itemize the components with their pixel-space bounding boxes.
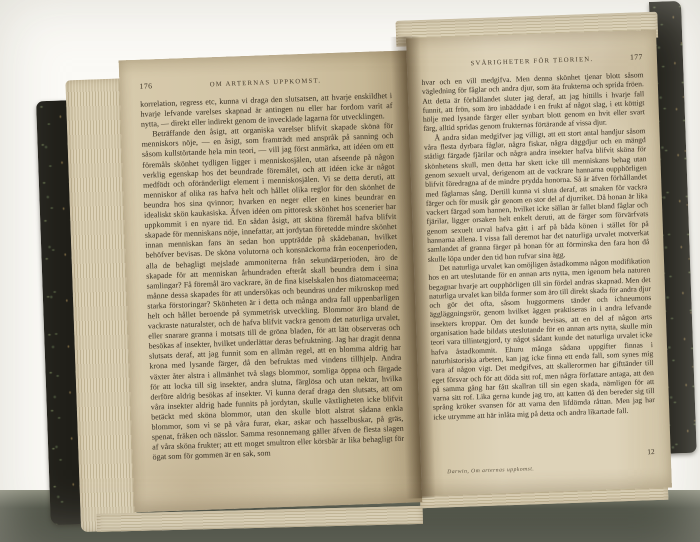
right-page-number: 177 <box>617 52 643 62</box>
paragraph: Det naturliga urvalet kan omöjligen åsta… <box>428 256 655 422</box>
right-running-header: SVÅRIGHETER FÖR TEORIEN. <box>447 55 617 68</box>
right-page-header: SVÅRIGHETER FÖR TEORIEN. 177 <box>421 52 643 69</box>
right-page: SVÅRIGHETER FÖR TEORIEN. 177 hvar och en… <box>406 30 672 496</box>
left-page: 176 OM ARTERNAS UPPKOMST. korrelation, r… <box>119 50 423 512</box>
right-page-text: hvar och en vill medgifva. Men denna skö… <box>421 70 655 422</box>
open-book: 176 OM ARTERNAS UPPKOMST. korrelation, r… <box>34 7 699 525</box>
left-page-text: korrelation, regress etc, kunna vi draga… <box>140 91 405 463</box>
paragraph: Beträffande den åsigt, att organiska var… <box>141 121 404 463</box>
paragraph: Å andra sidan medgifver jag villigt, att… <box>423 126 649 264</box>
signature-number: 12 <box>647 447 655 456</box>
left-page-number: 176 <box>139 81 165 91</box>
left-page-header: 176 OM ARTERNAS UPPKOMST. <box>139 73 391 91</box>
header-spacer <box>366 80 392 81</box>
paragraph: hvar och en vill medgifva. Men denna skö… <box>421 70 645 133</box>
page-footer: Darwin, Om arternas uppkomst. <box>447 466 534 475</box>
left-running-header: OM ARTERNAS UPPKOMST. <box>165 76 365 90</box>
header-spacer <box>421 66 447 67</box>
book-photo: 176 OM ARTERNAS UPPKOMST. korrelation, r… <box>0 0 700 542</box>
